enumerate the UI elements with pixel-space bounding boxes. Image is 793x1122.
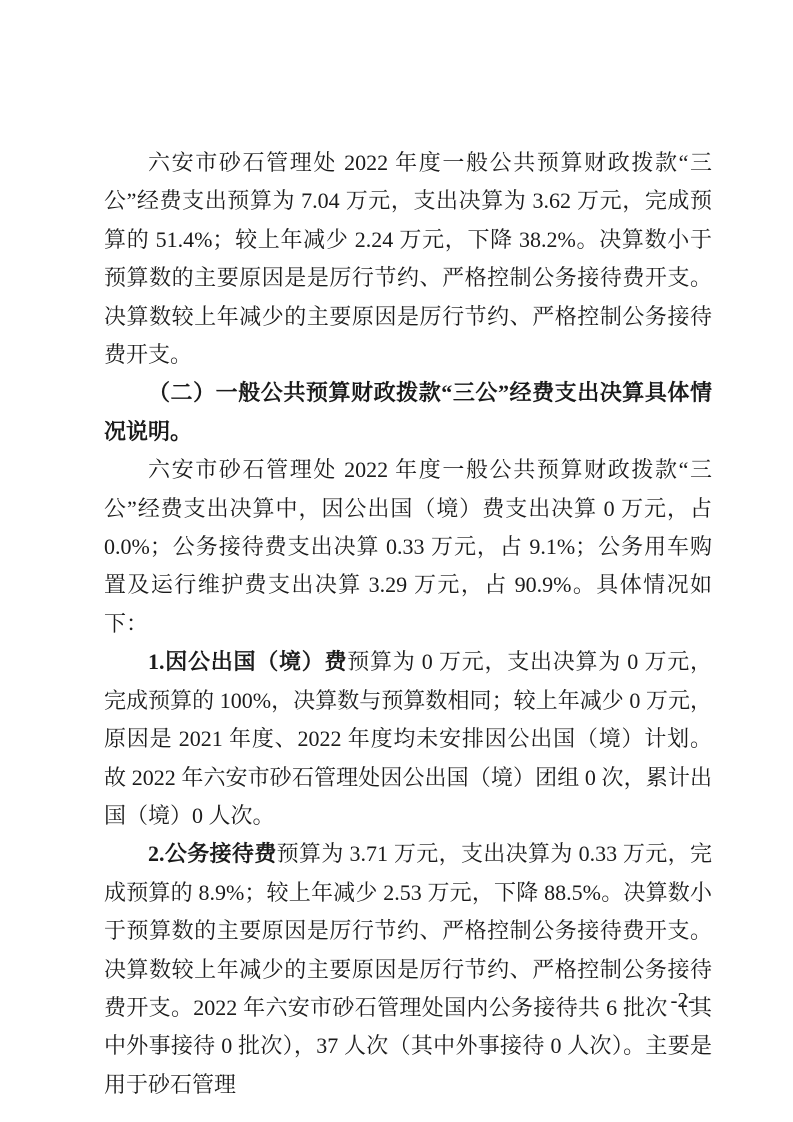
document-page: 六安市砂石管理处 2022 年度一般公共预算财政拨款“三公”经费支出预算为 7.…: [0, 0, 793, 1122]
item-1-text: 预算为 0 万元，支出决算为 0 万元，完成预算的 100%，决算数与预算数相同…: [104, 649, 712, 828]
item-2-paragraph: 2.公务接待费预算为 3.71 万元，支出决算为 0.33 万元，完成预算的 8…: [104, 835, 712, 1104]
item-1-paragraph: 1.因公出国（境）费预算为 0 万元，支出决算为 0 万元，完成预算的 100%…: [104, 643, 712, 835]
section-heading-text: （二）一般公共预算财政拨款“三公”经费支出决算具体情况说明。: [104, 380, 712, 443]
intro-paragraph: 六安市砂石管理处 2022 年度一般公共预算财政拨款“三公”经费支出预算为 7.…: [104, 144, 712, 374]
item-2-lead: 2.公务接待费: [148, 841, 277, 866]
document-body: 六安市砂石管理处 2022 年度一般公共预算财政拨款“三公”经费支出预算为 7.…: [104, 144, 712, 1104]
summary-paragraph: 六安市砂石管理处 2022 年度一般公共预算财政拨款“三公”经费支出决算中，因公…: [104, 451, 712, 643]
section-heading: （二）一般公共预算财政拨款“三公”经费支出决算具体情况说明。: [104, 374, 712, 451]
item-1-lead: 1.因公出国（境）费: [148, 649, 347, 674]
paragraph-text: 六安市砂石管理处 2022 年度一般公共预算财政拨款“三公”经费支出决算中，因公…: [104, 457, 712, 636]
item-2-text: 预算为 3.71 万元，支出决算为 0.33 万元，完成预算的 8.9%；较上年…: [104, 841, 712, 1096]
paragraph-text: 六安市砂石管理处 2022 年度一般公共预算财政拨款“三公”经费支出预算为 7.…: [104, 150, 712, 367]
page-number: -2-: [671, 988, 696, 1012]
